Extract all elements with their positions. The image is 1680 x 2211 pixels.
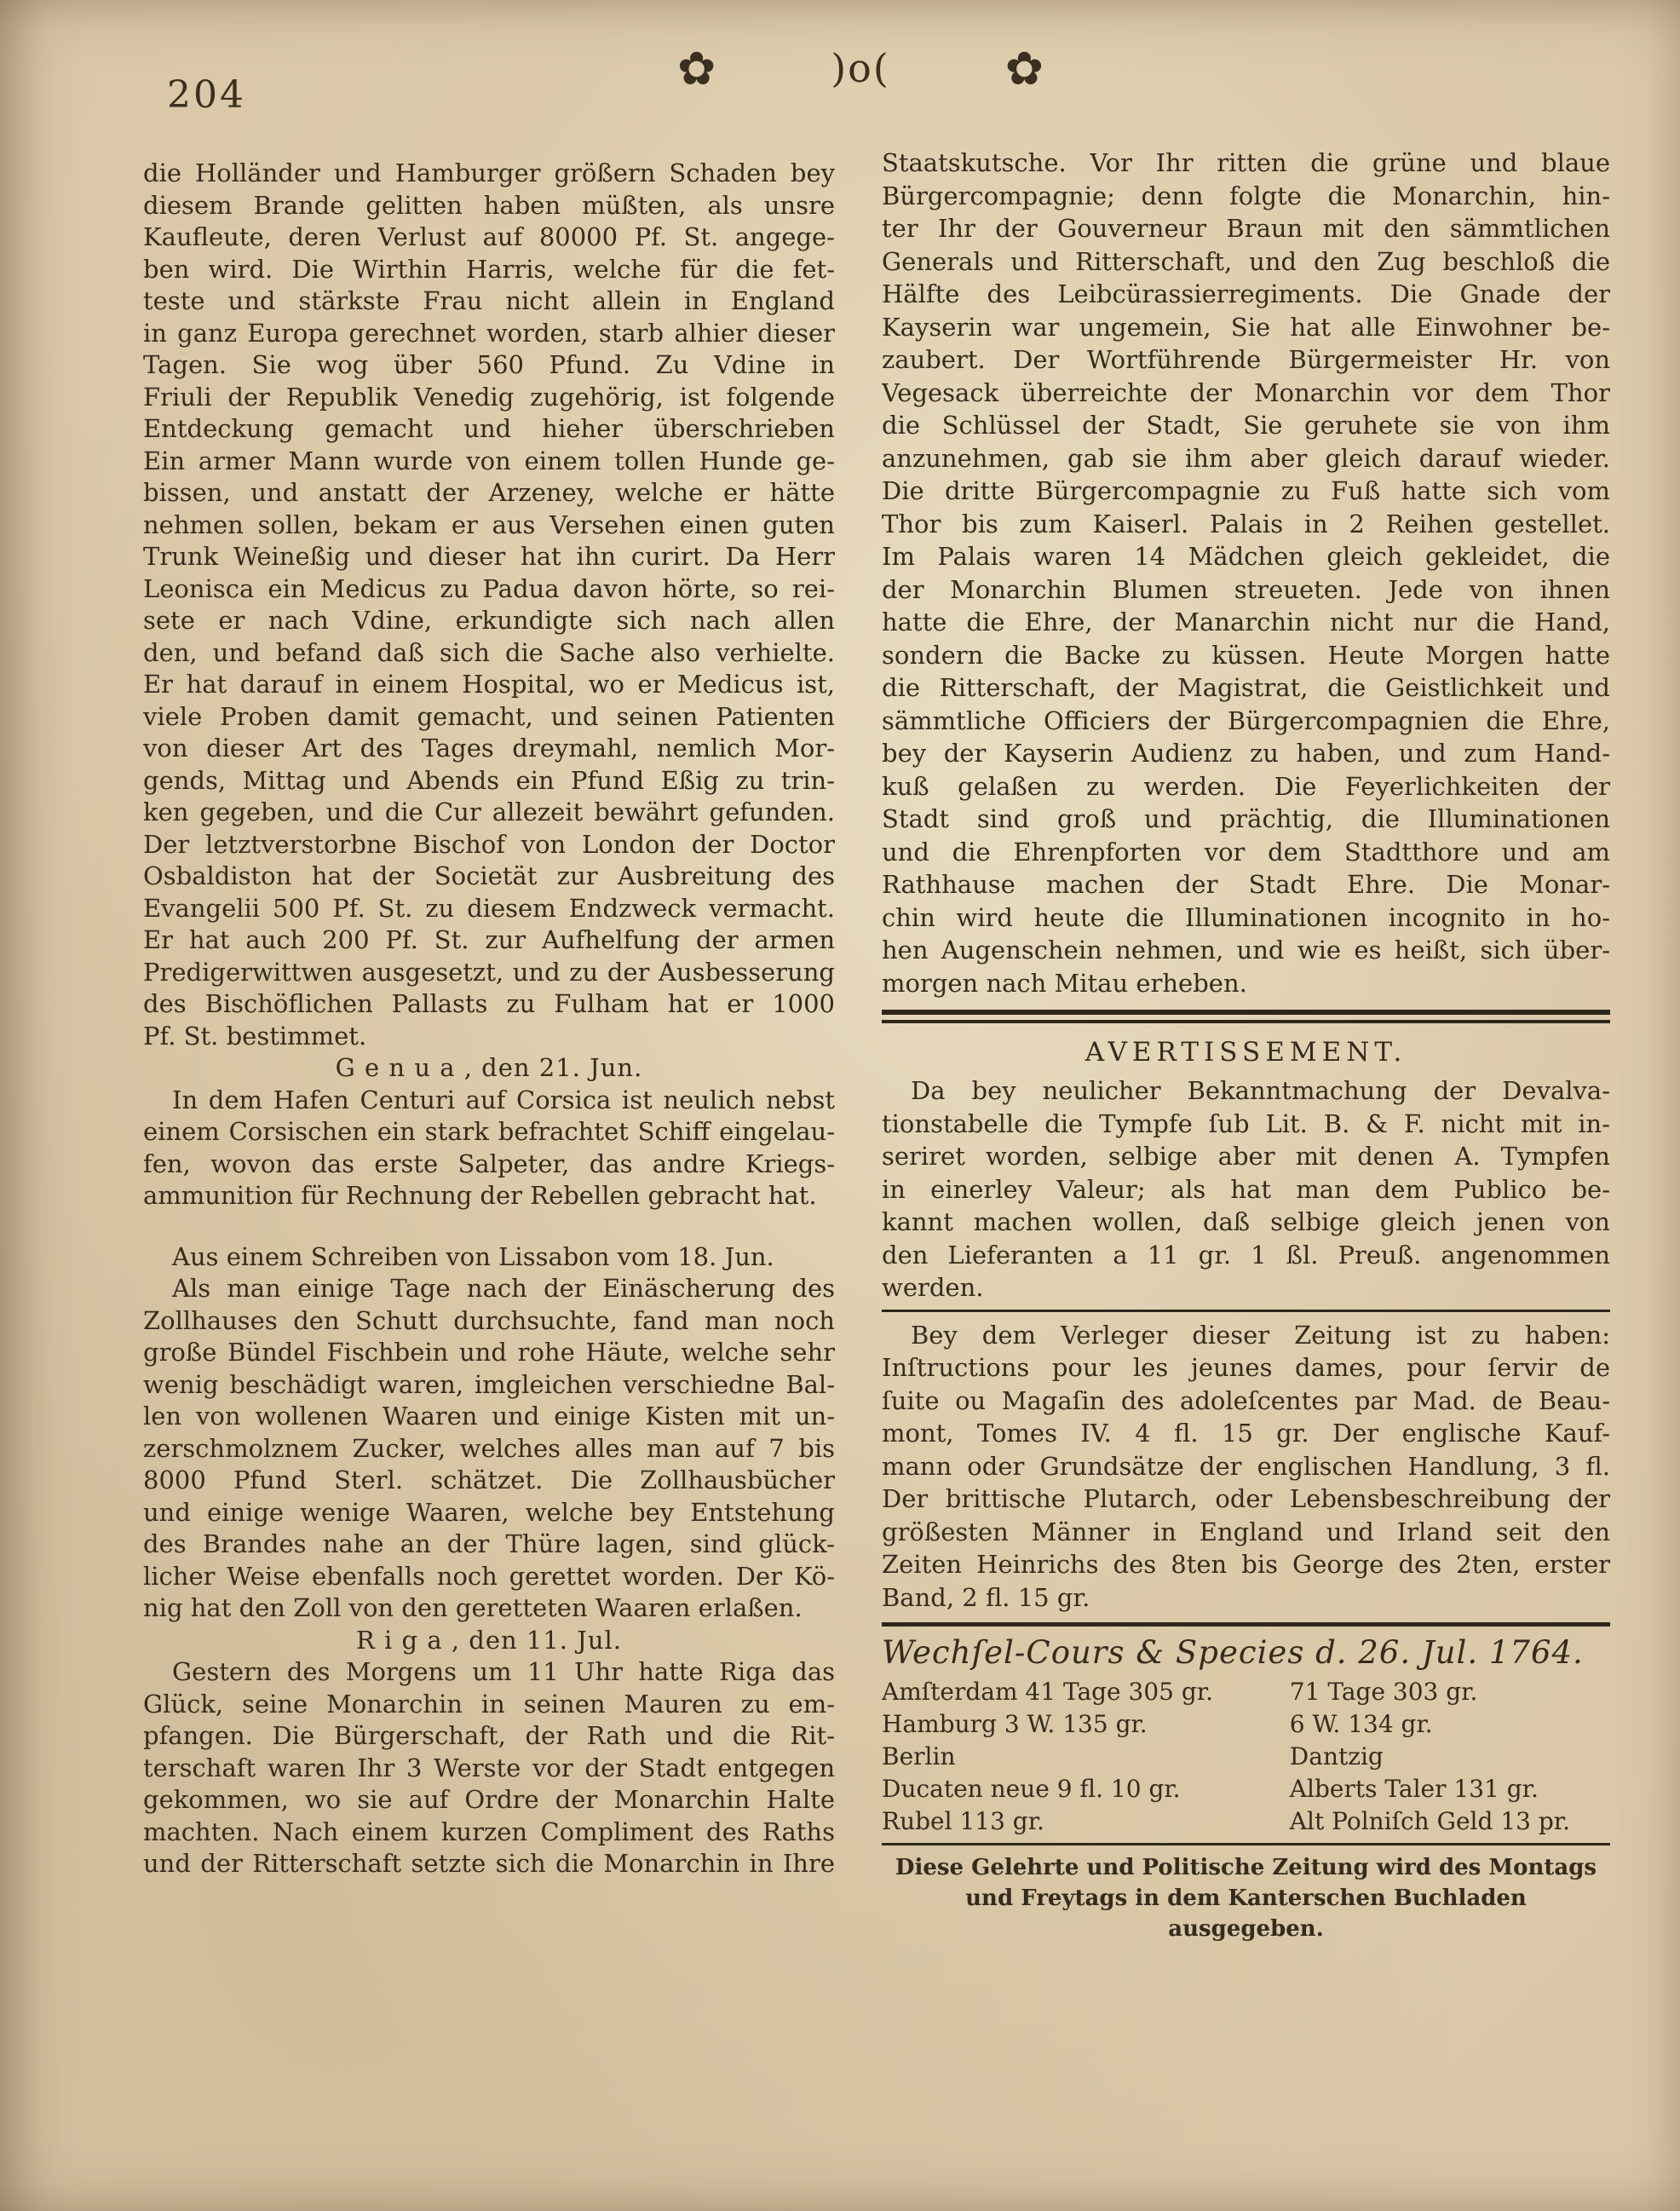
text-line: Aus einem Schreiben von Lissabon vom 18.… bbox=[143, 1241, 835, 1274]
text-line: bey der Kayserin Audienz zu haben, und z… bbox=[882, 737, 1610, 770]
text-line: die Ritterschaft, der Magistrat, die Gei… bbox=[882, 671, 1610, 705]
fleuron-icon-left: ✿ bbox=[677, 42, 716, 95]
section-heading: R i g a , den 11. Jul. bbox=[143, 1625, 835, 1657]
text-line: pfangen. Die Bürgerschaft, der Rath und … bbox=[143, 1720, 835, 1753]
signature-mark: )o( bbox=[831, 45, 890, 91]
text-line: bissen, und anstatt der Arzeney, welche … bbox=[143, 477, 835, 510]
text-line: Trunk Weineßig und dieser hat ihn curirt… bbox=[143, 541, 835, 573]
text-line: und Freytags in dem Kanterschen Buchlade… bbox=[882, 1883, 1610, 1914]
table-row: BerlinDantzig bbox=[882, 1741, 1610, 1773]
text-line: kannt machen wollen, daß selbige gleich … bbox=[882, 1206, 1610, 1239]
newspaper-page: 204 ✿ )o( ✿ die Holländer und Hamburger … bbox=[0, 0, 1680, 2211]
text-line: fen, wovon das erste Salpeter, das andre… bbox=[143, 1149, 835, 1181]
text-line: große Bündel Fischbein und rohe Häute, w… bbox=[143, 1337, 835, 1369]
text-line: ken gegeben, und die Cur allezeit bewähr… bbox=[143, 797, 835, 829]
table-row: Hamburg 3 W. 135 gr.6 W. 134 gr. bbox=[882, 1708, 1610, 1741]
text-line: Bey dem Verleger dieser Zeitung ist zu h… bbox=[882, 1319, 1610, 1352]
text-line: den Lieferanten a 11 gr. 1 ßl. Preuß. an… bbox=[882, 1239, 1610, 1272]
text-line: einem Corsischen ein stark befrachtet Sc… bbox=[143, 1116, 835, 1149]
text-line: morgen nach Mitau erheben. bbox=[882, 967, 1610, 1000]
table-row: Ducaten neue 9 fl. 10 gr.Alberts Taler 1… bbox=[882, 1773, 1610, 1805]
text-line: nig hat den Zoll von den geretteten Waar… bbox=[143, 1592, 835, 1625]
text-line: licher Weise ebenfalls noch gerettet wor… bbox=[143, 1561, 835, 1593]
text-line: Als man einige Tage nach der Einäscherun… bbox=[143, 1273, 835, 1305]
text-line: Der brittische Plutarch, oder Lebensbesc… bbox=[882, 1483, 1610, 1516]
text-line: chin wird heute die Illuminationen incog… bbox=[882, 901, 1610, 935]
text-line: Kayserin war ungemein, Sie hat alle Einw… bbox=[882, 311, 1610, 344]
text-line: Leonisca ein Medicus zu Padua davon hört… bbox=[143, 573, 835, 606]
paragraph: In dem Hafen Centuri auf Corsica ist neu… bbox=[143, 1085, 835, 1212]
table-row: Rubel 113 gr.Alt Polniſch Geld 13 pr. Ct… bbox=[882, 1805, 1610, 1838]
text-line: Er hat darauf in einem Hospital, wo er M… bbox=[143, 669, 835, 701]
text-line: in ganz Europa gerechnet worden, starb a… bbox=[143, 318, 835, 350]
text-line: Die dritte Bürgercompagnie zu Fuß hatte … bbox=[882, 475, 1610, 508]
text-line: seriret worden, selbige aber mit denen A… bbox=[882, 1140, 1610, 1173]
section-heading: Wechſel-Cours & Species d. 26. Jul. 1764… bbox=[882, 1632, 1610, 1674]
fleuron-icon-right: ✿ bbox=[1005, 42, 1044, 95]
text-line: Zollhauses den Schutt durchsuchte, fand … bbox=[143, 1305, 835, 1338]
text-line: hen Augenschein nehmen, und wie es heißt… bbox=[882, 934, 1610, 967]
text-line: Generals und Ritterschaft, und den Zug b… bbox=[882, 245, 1610, 279]
text-line: Friuli der Republik Venedig zugehörig, i… bbox=[143, 382, 835, 414]
table-cell-right: 6 W. 134 gr. bbox=[1290, 1708, 1433, 1741]
text-line: zerschmolznem Zucker, welches alles man … bbox=[143, 1433, 835, 1465]
text-line: sämmtliche Officiers der Bürgercompagnie… bbox=[882, 705, 1610, 738]
paragraph: Gestern des Morgens um 11 Uhr hatte Riga… bbox=[143, 1656, 835, 1880]
table-cell-right: Alberts Taler 131 gr. bbox=[1290, 1773, 1539, 1805]
text-line: und die Ehrenpforten vor dem Stadtthore … bbox=[882, 836, 1610, 869]
divider-rule bbox=[882, 1010, 1610, 1023]
text-line: Evangelii 500 Pf. St. zu diesem Endzweck… bbox=[143, 893, 835, 925]
text-line: in einerley Valeur; als hat man dem Publ… bbox=[882, 1173, 1610, 1206]
text-line: Zeiten Heinrichs des 8ten bis George des… bbox=[882, 1548, 1610, 1581]
text-line: gekommen, wo sie auf Ordre der Monarchin… bbox=[143, 1784, 835, 1817]
text-line: Da bey neulicher Bekanntmachung der Deva… bbox=[882, 1074, 1610, 1108]
text-line: machten. Nach einem kurzen Compliment de… bbox=[143, 1817, 835, 1849]
table-cell-left: Rubel 113 gr. bbox=[882, 1807, 1044, 1835]
table-row: Amſterdam 41 Tage 305 gr.71 Tage 303 gr. bbox=[882, 1676, 1610, 1708]
text-line: hatte die Ehre, der Manarchin nicht nur … bbox=[882, 606, 1610, 639]
text-line: Bürgercompagnie; denn folgte die Monarch… bbox=[882, 180, 1610, 213]
text-line: wenig beschädigt waren, imgleichen versc… bbox=[143, 1369, 835, 1402]
text-line: des Brandes nahe an der Thüre lagen, sin… bbox=[143, 1529, 835, 1561]
divider-rule bbox=[882, 1843, 1610, 1845]
text-line: terschaft waren Ihr 3 Werste vor der Sta… bbox=[143, 1753, 835, 1785]
paragraph: Als man einige Tage nach der Einäscherun… bbox=[143, 1273, 835, 1625]
table-cell-right: 71 Tage 303 gr. bbox=[1290, 1676, 1478, 1708]
text-line: ammunition für Rechnung der Rebellen geb… bbox=[143, 1180, 835, 1212]
table-cell-right: Alt Polniſch Geld 13 pr. Cto. bbox=[1290, 1805, 1610, 1838]
text-line: von dieser Art des Tages dreymahl, nemli… bbox=[143, 733, 835, 765]
text-line: kuß gelaßen zu werden. Die Feyerlichkeit… bbox=[882, 770, 1610, 803]
text-line: des Bischöflichen Pallasts zu Fulham hat… bbox=[143, 988, 835, 1021]
text-line: ſuite ou Magaſin des adoleſcentes par Ma… bbox=[882, 1385, 1610, 1418]
text-line: diesem Brande gelitten haben müßten, als… bbox=[143, 190, 835, 222]
text-line: Pf. St. bestimmet. bbox=[143, 1021, 835, 1053]
table-cell-left: Amſterdam 41 Tage 305 gr. bbox=[882, 1678, 1213, 1706]
text-line: Glück, seine Monarchin in seinen Mauren … bbox=[143, 1689, 835, 1721]
text-line: zaubert. Der Wortführende Bürgermeister … bbox=[882, 343, 1610, 377]
text-line: 8000 Pfund Sterl. schätzet. Die Zollhaus… bbox=[143, 1465, 835, 1497]
divider-rule bbox=[882, 1622, 1610, 1627]
text-line: Predigerwittwen ausgesetzt, und zu der A… bbox=[143, 957, 835, 989]
table-cell-left: Hamburg 3 W. 135 gr. bbox=[882, 1710, 1148, 1738]
text-line: mont, Tomes IV. 4 fl. 15 gr. Der englisc… bbox=[882, 1417, 1610, 1450]
paragraph: Staatskutsche. Vor Ihr ritten die grüne … bbox=[882, 147, 1610, 999]
text-line: viele Proben damit gemacht, und seinen P… bbox=[143, 701, 835, 734]
text-line: Vegesack überreichte der Monarchin vor d… bbox=[882, 377, 1610, 410]
text-line: Rathhause machen der Stadt Ehre. Die Mon… bbox=[882, 868, 1610, 901]
text-line: der Monarchin Blumen streueten. Jede von… bbox=[882, 573, 1610, 607]
text-line: Tagen. Sie wog über 560 Pfund. Zu Vdine … bbox=[143, 349, 835, 382]
text-line: Thor bis zum Kaiserl. Palais in 2 Reihen… bbox=[882, 508, 1610, 541]
paragraph: die Holländer und Hamburger größern Scha… bbox=[143, 158, 835, 1052]
text-line: tionstabelle die Tympfe ſub Lit. B. & F.… bbox=[882, 1108, 1610, 1141]
paragraph: Bey dem Verleger dieser Zeitung ist zu h… bbox=[882, 1319, 1610, 1615]
divider-rule bbox=[882, 1310, 1610, 1312]
text-line: ausgegeben. bbox=[882, 1914, 1610, 1944]
text-line: In dem Hafen Centuri auf Corsica ist neu… bbox=[143, 1085, 835, 1117]
text-line: und einige wenige Waaren, welche bey Ent… bbox=[143, 1497, 835, 1529]
text-line: Staatskutsche. Vor Ihr ritten die grüne … bbox=[882, 147, 1610, 180]
text-line: sete er nach Vdine, erkundigte sich nach… bbox=[143, 605, 835, 637]
section-heading: G e n u a , den 21. Jun. bbox=[143, 1052, 835, 1085]
text-line: Im Palais waren 14 Mädchen gleich geklei… bbox=[882, 540, 1610, 573]
text-line: mann oder Grundsätze der englischen Hand… bbox=[882, 1450, 1610, 1483]
page-number: 204 bbox=[167, 73, 246, 117]
paragraph: Da bey neulicher Bekanntmachung der Deva… bbox=[882, 1074, 1610, 1304]
text-line: ter Ihr der Gouverneur Braun mit den säm… bbox=[882, 212, 1610, 245]
table-cell-right: Dantzig bbox=[1290, 1741, 1384, 1773]
paragraph: Aus einem Schreiben von Lissabon vom 18.… bbox=[143, 1241, 835, 1274]
text-line: Stadt sind groß und prächtig, die Illumi… bbox=[882, 803, 1610, 836]
text-line: Er hat auch 200 Pf. St. zur Aufhelfung d… bbox=[143, 924, 835, 957]
text-line: Diese Gelehrte und Politische Zeitung wi… bbox=[882, 1852, 1610, 1883]
table-cell-left: Berlin bbox=[882, 1742, 955, 1771]
section-heading: AVERTISSEMENT. bbox=[882, 1030, 1610, 1074]
text-line: Kaufleute, deren Verlust auf 80000 Pf. S… bbox=[143, 222, 835, 254]
text-line: Hälfte des Leibcürassierregiments. Die G… bbox=[882, 278, 1610, 311]
text-line: Band, 2 fl. 15 gr. bbox=[882, 1581, 1610, 1615]
text-line: und der Ritterschaft setzte sich die Mon… bbox=[143, 1848, 835, 1880]
left_column: die Holländer und Hamburger größern Scha… bbox=[143, 158, 835, 1880]
text-line: anzunehmen, gab sie ihm aber gleich dara… bbox=[882, 442, 1610, 475]
text-line: gends, Mittag und Abends ein Pfund Eßig … bbox=[143, 765, 835, 797]
text-line: Ein armer Mann wurde von einem tollen Hu… bbox=[143, 446, 835, 478]
table-cell-left: Ducaten neue 9 fl. 10 gr. bbox=[882, 1775, 1181, 1803]
text-line: sondern die Backe zu küssen. Heute Morge… bbox=[882, 639, 1610, 672]
text-line: Inſtructions pour les jeunes dames, pour… bbox=[882, 1351, 1610, 1385]
text-line: Der letztverstorbne Bischof von London d… bbox=[143, 829, 835, 861]
right_column: Staatskutsche. Vor Ihr ritten die grüne … bbox=[882, 147, 1610, 1944]
text-line: nehmen sollen, bekam er aus Versehen ein… bbox=[143, 510, 835, 542]
paragraph-spacer bbox=[143, 1212, 835, 1241]
text-line: Entdeckung gemacht und hieher überschrie… bbox=[143, 413, 835, 446]
header-ornaments: ✿ )o( ✿ bbox=[677, 34, 1044, 102]
text-line: größesten Männer in England und Irland s… bbox=[882, 1516, 1610, 1549]
exchange-rate-table: Amſterdam 41 Tage 305 gr.71 Tage 303 gr.… bbox=[882, 1676, 1610, 1838]
text-line: werden. bbox=[882, 1271, 1610, 1304]
text-line: den, und befand daß sich die Sache also … bbox=[143, 637, 835, 670]
text-line: die Holländer und Hamburger größern Scha… bbox=[143, 158, 835, 190]
text-line: Gestern des Morgens um 11 Uhr hatte Riga… bbox=[143, 1656, 835, 1689]
colophon: Diese Gelehrte und Politische Zeitung wi… bbox=[882, 1852, 1610, 1944]
text-line: die Schlüssel der Stadt, Sie geruhete si… bbox=[882, 409, 1610, 442]
text-line: ben wird. Die Wirthin Harris, welche für… bbox=[143, 254, 835, 286]
text-line: teste und stärkste Frau nicht allein in … bbox=[143, 285, 835, 318]
text-line: Osbaldiston hat der Societät zur Ausbrei… bbox=[143, 861, 835, 893]
text-line: len von wollenen Waaren und einige Kiste… bbox=[143, 1401, 835, 1433]
